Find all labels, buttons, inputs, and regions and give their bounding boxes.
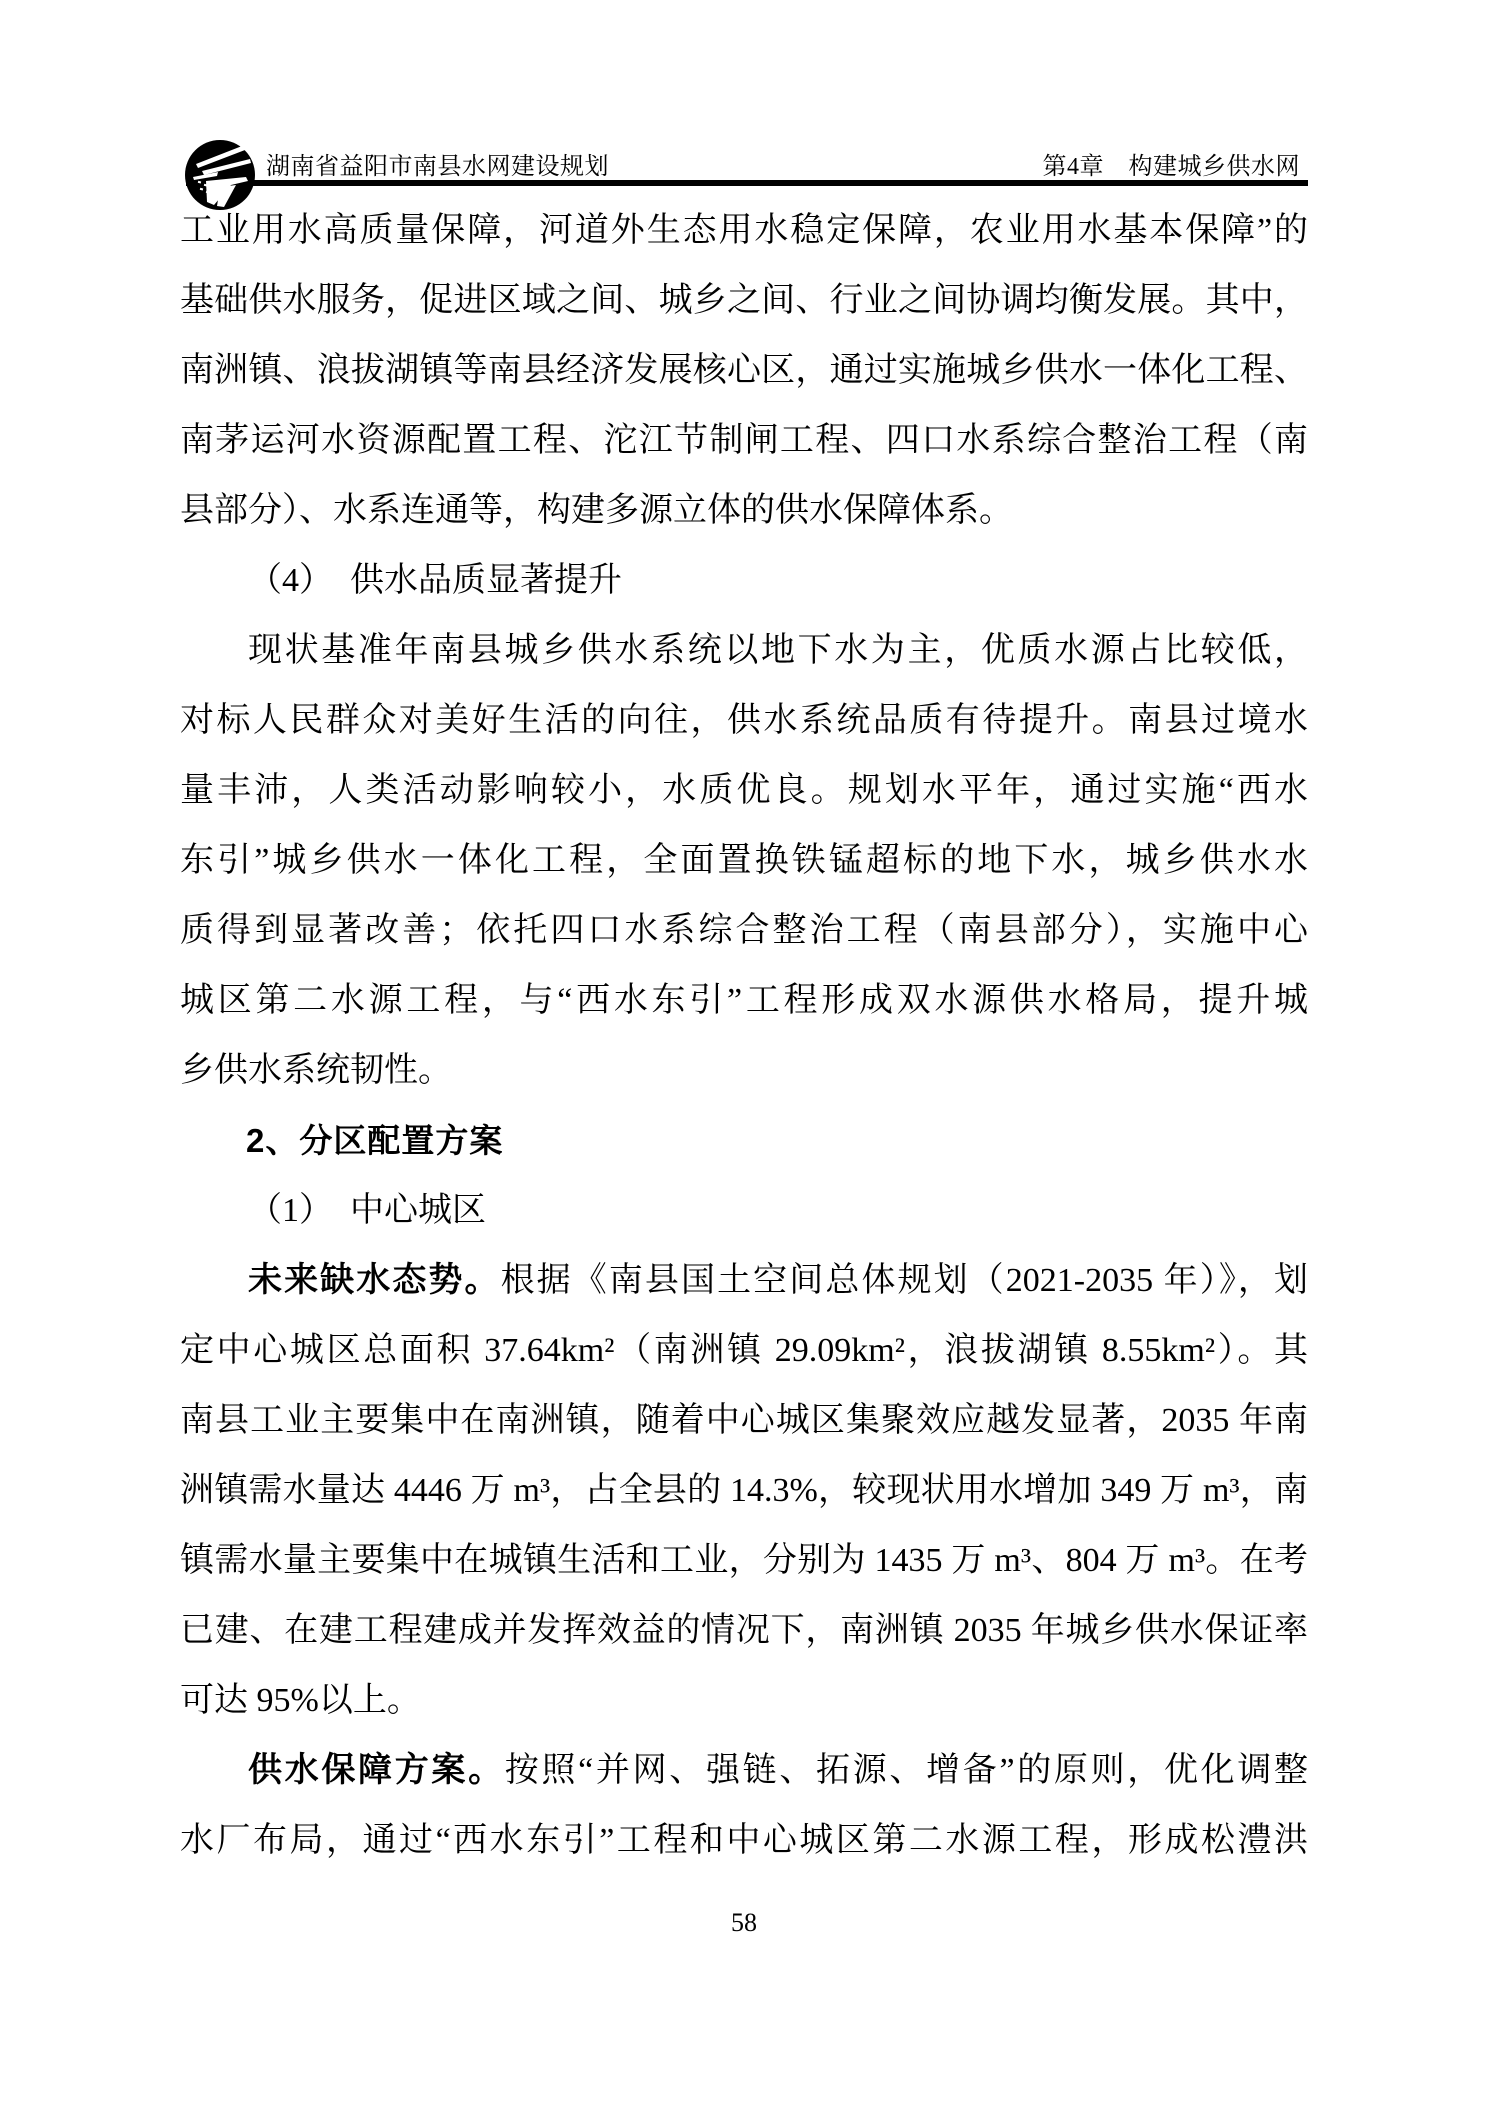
document-title: 湖南省益阳市南县水网建设规划 bbox=[266, 146, 609, 181]
body-line-text: 按照“并网、强链、拓源、增备”的原则，优化调整 bbox=[505, 1752, 1308, 1789]
bold-lead: 供水保障方案。 bbox=[248, 1752, 505, 1789]
body-line: 乡供水系统韧性。 bbox=[180, 1036, 1308, 1106]
body-text: 工业用水高质量保障，河道外生态用水稳定保障，农业用水基本保障”的 基础供水服务，… bbox=[180, 196, 1308, 1876]
body-line: 对标人民群众对美好生活的向往，供水系统品质有待提升。南县过境水 bbox=[180, 686, 1308, 756]
body-line: 量丰沛，人类活动影响较小，水质优良。规划水平年，通过实施“西水 bbox=[180, 756, 1308, 826]
section-heading: 2、分区配置方案 bbox=[180, 1106, 1308, 1176]
subheading-item-4: （4） 供水品质显著提升 bbox=[180, 546, 1308, 616]
body-line: 已建、在建工程建成并发挥效益的情况下，南洲镇 2035 年城乡供水保证率 bbox=[180, 1596, 1308, 1666]
chapter-title: 第4章 构建城乡供水网 bbox=[1043, 146, 1301, 181]
subheading-item-1: （1） 中心城区 bbox=[180, 1176, 1308, 1246]
body-line: 南茅运河水资源配置工程、沱江节制闸工程、四口水系综合整治工程（南 bbox=[180, 406, 1308, 476]
bold-lead: 未来缺水态势。 bbox=[248, 1262, 501, 1299]
body-line: 供水保障方案。按照“并网、强链、拓源、增备”的原则，优化调整 bbox=[180, 1736, 1308, 1806]
body-line: 未来缺水态势。根据《南县国土空间总体规划（2021-2035 年）》，划 bbox=[180, 1246, 1308, 1316]
body-line: 城区第二水源工程，与“西水东引”工程形成双水源供水格局，提升城 bbox=[180, 966, 1308, 1036]
body-line: 水厂布局，通过“西水东引”工程和中心城区第二水源工程，形成松澧洪 bbox=[180, 1806, 1308, 1876]
body-line-text: 根据《南县国土空间总体规划（2021-2035 年）》，划 bbox=[501, 1262, 1308, 1299]
body-line: 质得到显著改善；依托四口水系综合整治工程（南县部分），实施中心 bbox=[180, 896, 1308, 966]
body-line: 基础供水服务，促进区域之间、城乡之间、行业之间协调均衡发展。其中， bbox=[180, 266, 1308, 336]
body-line: 镇需水量主要集中在城镇生活和工业，分别为 1435 万 m³、804 万 m³。… bbox=[180, 1526, 1308, 1596]
body-line: 南洲镇、浪拔湖镇等南县经济发展核心区，通过实施城乡供水一体化工程、 bbox=[180, 336, 1308, 406]
document-page: 湖南省益阳市南县水网建设规划 第4章 构建城乡供水网 工业用水高质量保障，河道外… bbox=[0, 0, 1488, 2104]
body-line: 县部分）、水系连通等，构建多源立体的供水保障体系。 bbox=[180, 476, 1308, 546]
body-line: 东引”城乡供水一体化工程，全面置换铁锰超标的地下水，城乡供水水 bbox=[180, 826, 1308, 896]
body-line: 工业用水高质量保障，河道外生态用水稳定保障，农业用水基本保障”的 bbox=[180, 196, 1308, 266]
body-line: 现状基准年南县城乡供水系统以地下水为主，优质水源占比较低， bbox=[180, 616, 1308, 686]
body-line: 定中心城区总面积 37.64km²（南洲镇 29.09km²，浪拔湖镇 8.55… bbox=[180, 1316, 1308, 1386]
body-line: 南县工业主要集中在南洲镇，随着中心城区集聚效应越发显著，2035 年南 bbox=[180, 1386, 1308, 1456]
page-number: 58 bbox=[0, 1908, 1488, 1938]
body-line: 可达 95%以上。 bbox=[180, 1666, 1308, 1736]
body-line: 洲镇需水量达 4446 万 m³，占全县的 14.3%，较现状用水增加 349 … bbox=[180, 1456, 1308, 1526]
